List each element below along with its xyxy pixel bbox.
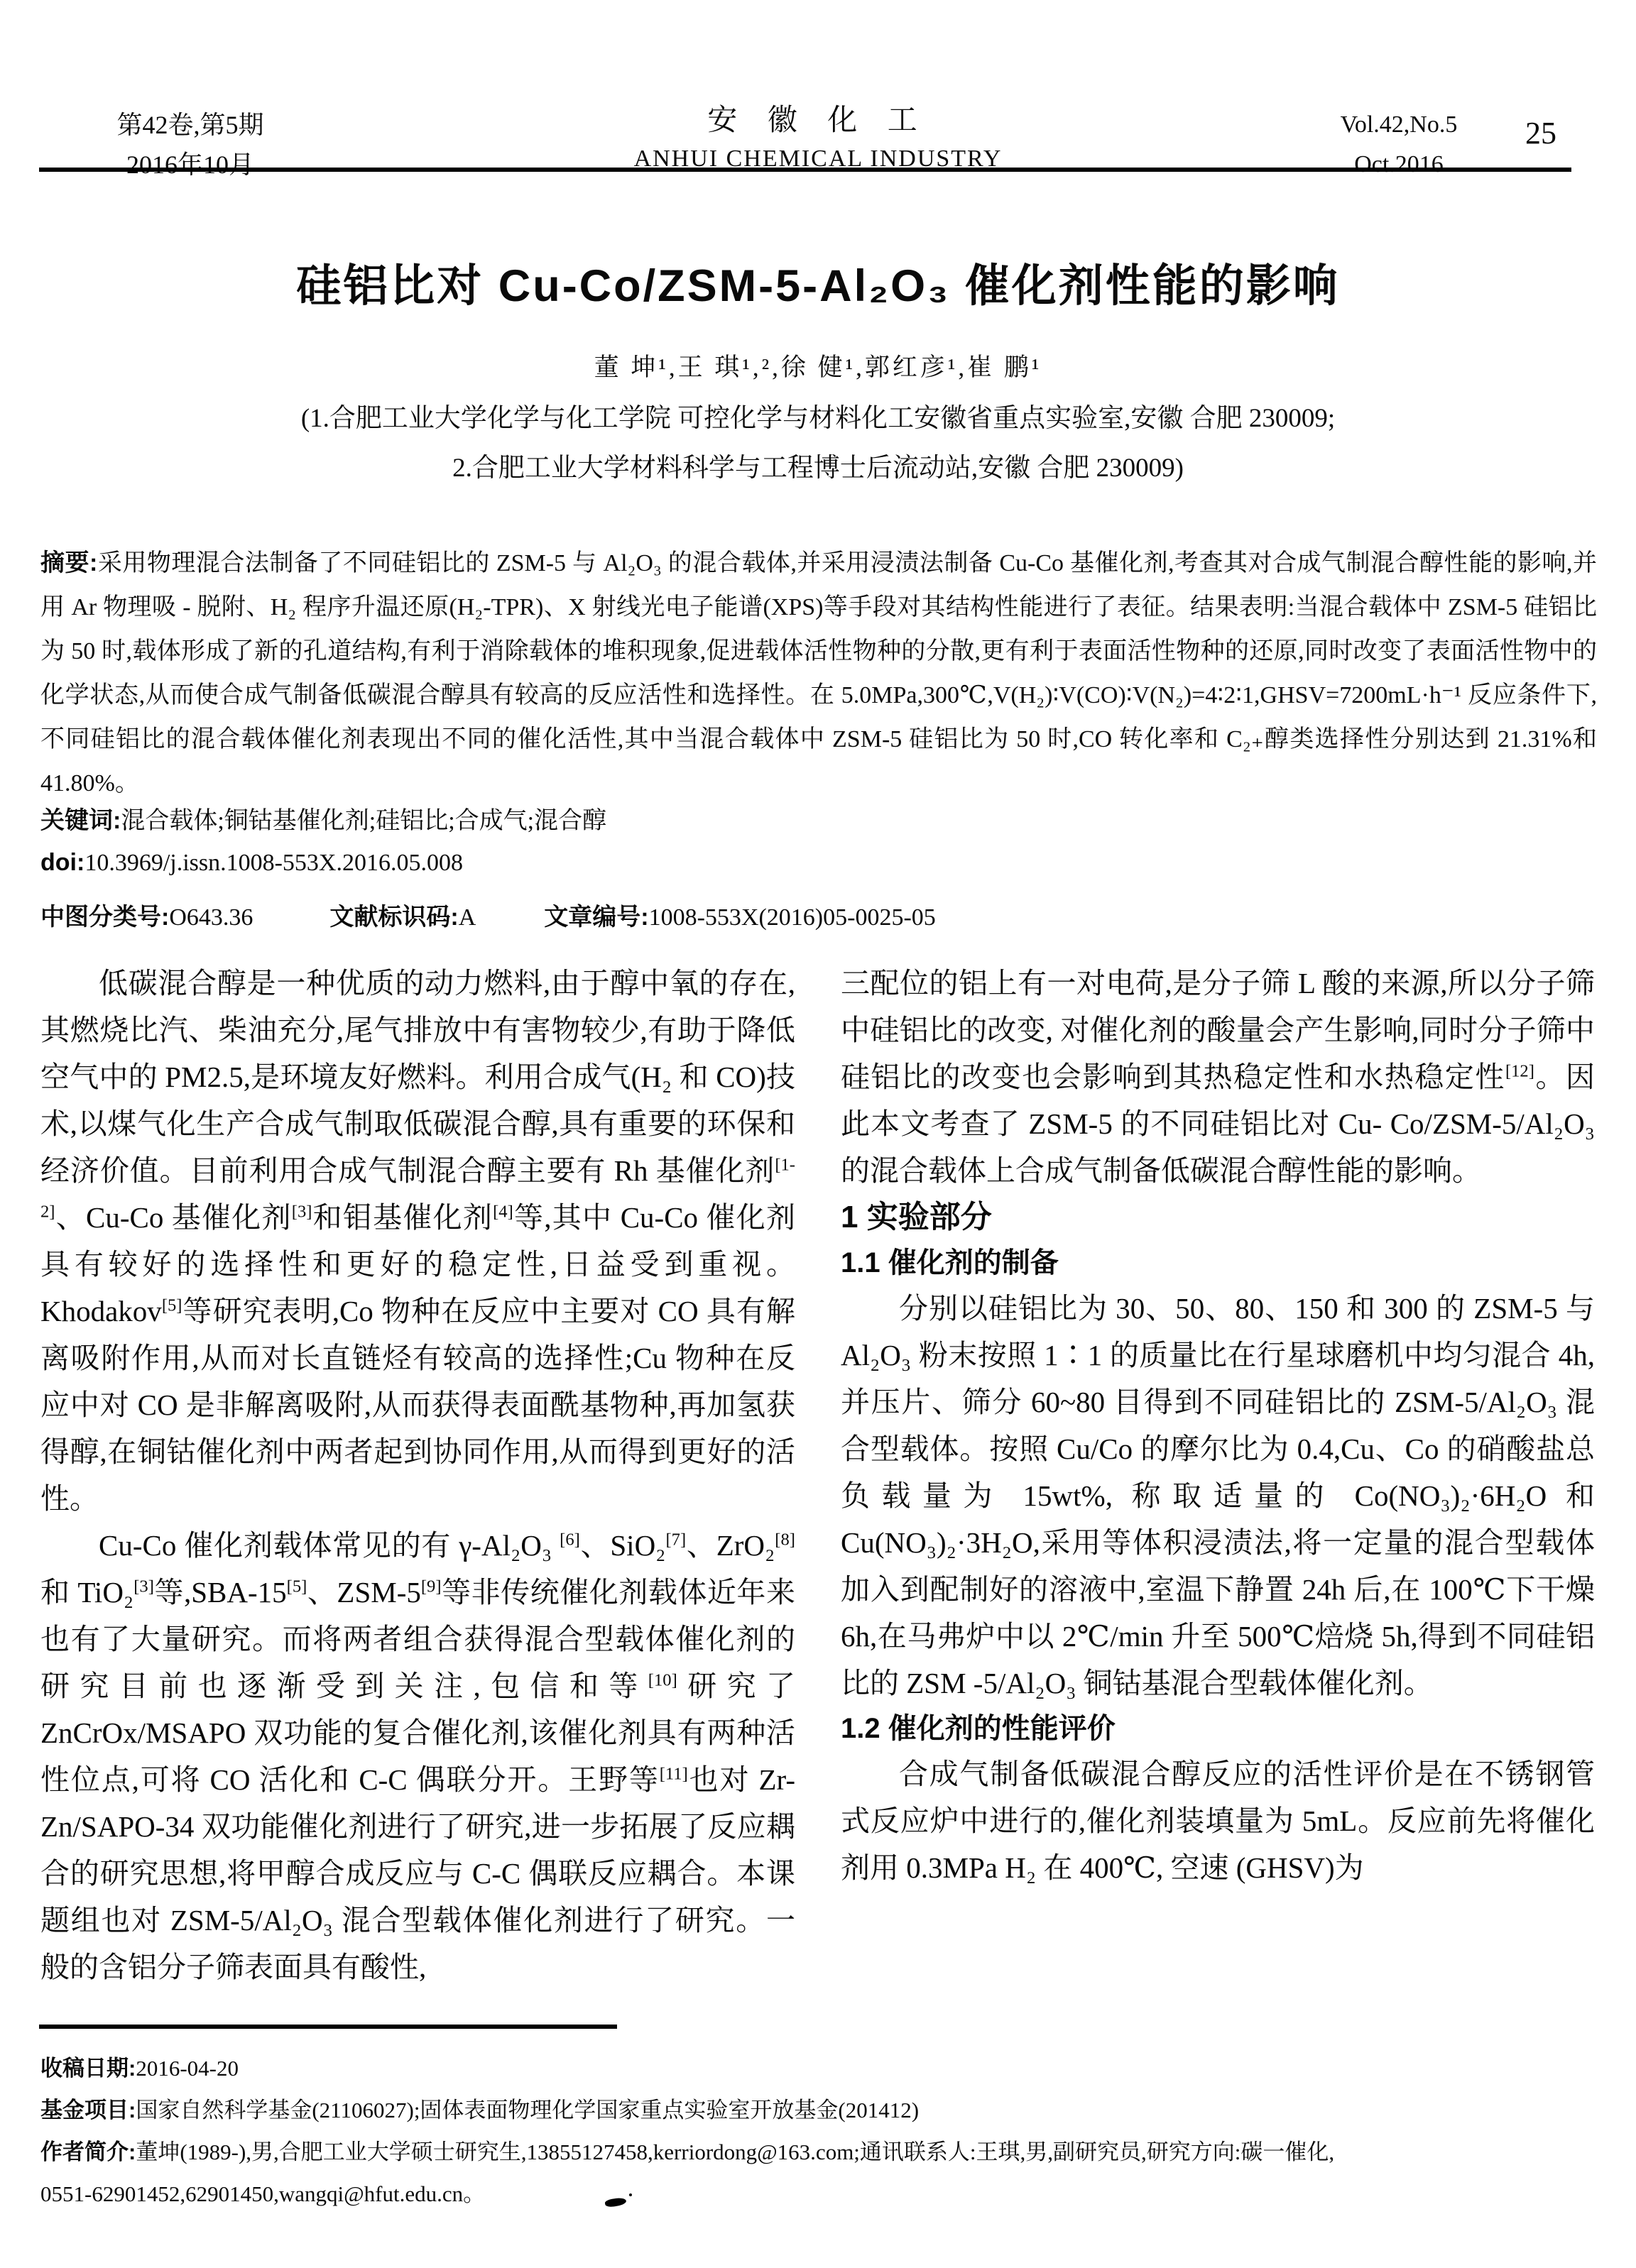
article-id-segment: 文章编号:1008-553X(2016)05-0025-05 xyxy=(544,904,936,931)
doc-code-segment: 文献标识码:A xyxy=(329,904,476,931)
article-id-label: 文章编号: xyxy=(544,904,648,931)
section-heading-experimental: 1 实验部分 xyxy=(841,1194,1595,1241)
evaluation-paragraph: 合成气制备低碳混合醇反应的活性评价是在不锈钢管式反应炉中进行的,催化剂装填量为 … xyxy=(841,1751,1595,1891)
clc-value: O643.36 xyxy=(169,904,253,931)
abstract-text: 采用物理混合法制备了不同硅铝比的 ZSM-5 与 Al₂O₃ 的混合载体,并采用… xyxy=(40,550,1597,796)
keywords-label: 关键词: xyxy=(40,807,121,834)
author-bio-line: 作者简介:董坤(1989-),男,合肥工业大学硕士研究生,13855127458… xyxy=(40,2131,1610,2173)
article-title: 硅铝比对 Cu-Co/ZSM-5-Al₂O₃ 催化剂性能的影响 xyxy=(0,250,1636,314)
body-left-column: 低碳混合醇是一种优质的动力燃料,由于醇中氧的存在,其燃烧比汽、柴油充分,尾气排放… xyxy=(40,960,795,1990)
intro-paragraph-1: 低碳混合醇是一种优质的动力燃料,由于醇中氧的存在,其燃烧比汽、柴油充分,尾气排放… xyxy=(40,960,795,1522)
funding-line: 基金项目:国家自然科学基金(21106027);固体表面物理化学国家重点实验室开… xyxy=(40,2089,1610,2131)
doc-code-value: A xyxy=(459,904,476,931)
journal-page: 第42卷,第5期 2016年10月 安 徽 化 工 ANHUI CHEMICAL… xyxy=(0,0,1636,2268)
received-label: 收稿日期: xyxy=(40,2056,136,2081)
received-value: 2016-04-20 xyxy=(136,2056,239,2081)
author-bio-continued: 0551-62901452,62901450,wangqi@hfut.edu.c… xyxy=(40,2173,1610,2215)
page-number: 25 xyxy=(1525,115,1556,151)
preparation-paragraph: 分别以硅铝比为 30、50、80、150 和 300 的 ZSM-5 与 Al₂… xyxy=(841,1285,1595,1707)
date-line: Oct.2016 xyxy=(1307,145,1491,185)
subsection-heading-preparation: 1.1 催化剂的制备 xyxy=(841,1241,1595,1285)
clc-label: 中图分类号: xyxy=(40,904,169,931)
received-date-line: 收稿日期:2016-04-20 xyxy=(40,2047,1610,2089)
volume-line: Vol.42,No.5 xyxy=(1307,105,1491,145)
bio-label: 作者简介: xyxy=(40,2140,136,2164)
header-volume-info: Vol.42,No.5 Oct.2016 xyxy=(1307,105,1491,185)
scan-ink-dot xyxy=(629,2193,632,2196)
affiliation-line-2: 2.合肥工业大学材料科学与工程博士后流动站,安徽 合肥 230009) xyxy=(0,446,1636,484)
doi-text: 10.3969/j.issn.1008-553X.2016.05.008 xyxy=(84,850,463,876)
body-right-column: 三配位的铝上有一对电荷,是分子筛 L 酸的来源,所以分子筛中硅铝比的改变, 对催… xyxy=(841,960,1595,1891)
classification-line: 中图分类号:O643.36文献标识码:A文章编号:1008-553X(2016)… xyxy=(40,897,1597,932)
doi-line: doi:10.3969/j.issn.1008-553X.2016.05.008 xyxy=(40,849,1597,877)
affiliation-line-1: (1.合肥工业大学化学与化工学院 可控化学与材料化工安徽省重点实验室,安徽 合肥… xyxy=(0,396,1636,434)
intro-paragraph-continued: 三配位的铝上有一对电荷,是分子筛 L 酸的来源,所以分子筛中硅铝比的改变, 对催… xyxy=(841,960,1595,1194)
clc-segment: 中图分类号:O643.36 xyxy=(40,904,253,931)
authors-line: 董 坤¹,王 琪¹,²,徐 健¹,郭红彦¹,崔 鹏¹ xyxy=(0,348,1636,383)
abstract: 摘要:采用物理混合法制备了不同硅铝比的 ZSM-5 与 Al₂O₃ 的混合载体,… xyxy=(40,541,1597,806)
doi-label: doi: xyxy=(40,849,84,876)
footnote-rule xyxy=(39,2025,617,2029)
header-rule xyxy=(39,168,1571,172)
intro-paragraph-2: Cu-Co 催化剂载体常见的有 γ-Al₂O₃ [6]、SiO₂[7]、ZrO₂… xyxy=(40,1522,795,1990)
keywords-line: 关键词:混合载体;铜钴基催化剂;硅铝比;合成气;混合醇 xyxy=(40,801,1597,836)
abstract-label: 摘要: xyxy=(40,549,97,576)
footnote-block: 收稿日期:2016-04-20 基金项目:国家自然科学基金(21106027);… xyxy=(40,2047,1610,2215)
article-id-value: 1008-553X(2016)05-0025-05 xyxy=(649,904,936,931)
funding-value: 国家自然科学基金(21106027);固体表面物理化学国家重点实验室开放基金(2… xyxy=(136,2098,919,2122)
bio-value: 董坤(1989-),男,合肥工业大学硕士研究生,13855127458,kerr… xyxy=(136,2140,1334,2164)
keywords-text: 混合载体;铜钴基催化剂;硅铝比;合成气;混合醇 xyxy=(121,808,606,834)
doc-code-label: 文献标识码: xyxy=(329,904,458,931)
subsection-heading-evaluation: 1.2 催化剂的性能评价 xyxy=(841,1707,1595,1751)
funding-label: 基金项目: xyxy=(40,2098,136,2122)
